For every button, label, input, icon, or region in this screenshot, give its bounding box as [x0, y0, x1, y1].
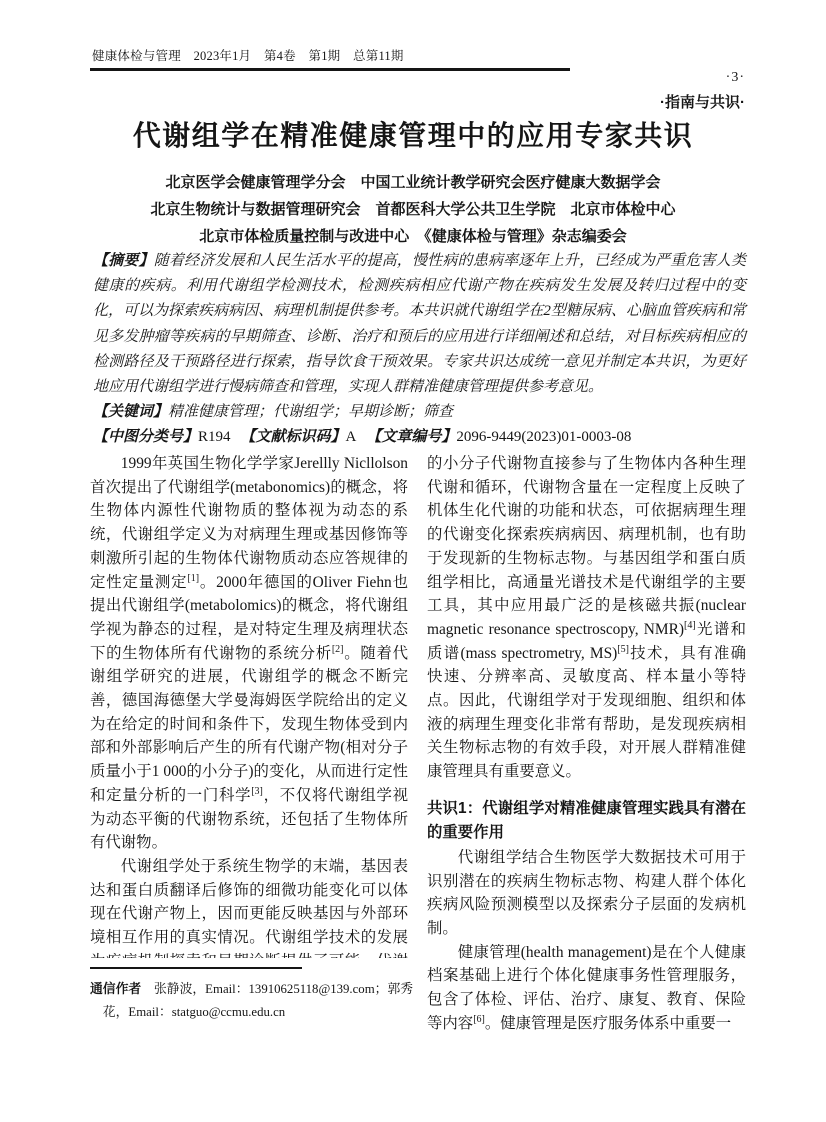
- front-matter: 【摘要】随着经济发展和人民生活水平的提高，慢性病的患病率逐年上升，已经成为严重危…: [93, 249, 746, 451]
- clc-value: R194: [198, 429, 231, 445]
- clc-number: 【中图分类号】R194: [93, 429, 231, 445]
- meta-line: 【中图分类号】R194【文献标识码】A【文章编号】2096-9449(2023)…: [93, 425, 746, 450]
- body-paragraph: 代谢组学结合生物医学大数据技术可用于识别潜在的疾病生物标志物、构建人群个体化疾病…: [427, 846, 746, 941]
- affiliation-line: 北京生物统计与数据管理研究会 首都医科大学公共卫生学院 北京市体检中心: [0, 197, 826, 224]
- section-tag: ·指南与共识·: [660, 91, 745, 112]
- document-code-label: 【文献标识码】: [241, 429, 346, 445]
- document-code: 【文献标识码】A: [241, 429, 357, 445]
- article-id-label: 【文章编号】: [366, 429, 456, 445]
- keywords-label: 【关键词】: [93, 404, 168, 420]
- body-paragraph: 代谢组学处于系统生物学的末端，基因表达和蛋白质翻译后修饰的细微功能变化可以体现在…: [90, 855, 408, 958]
- body-paragraph: 健康管理(health management)是在个人健康档案基础上进行个体化健…: [427, 941, 746, 1034]
- reference-marker: [4]: [684, 620, 696, 631]
- article-title: 代谢组学在精准健康管理中的应用专家共识: [0, 114, 826, 154]
- article-id: 【文章编号】2096-9449(2023)01-0003-08: [366, 429, 631, 445]
- footnote: 通信作者 张静波，Email：13910625118@139.com；郭秀花，E…: [90, 967, 424, 1023]
- left-column: 1999年英国生物化学学家Jerellly Nicllolson首次提出了代谢组…: [90, 452, 408, 958]
- journal-issue-line: 健康体检与管理 2023年1月 第4卷 第1期 总第11期: [92, 46, 404, 64]
- keywords: 【关键词】精准健康管理；代谢组学；早期诊断；筛查: [93, 400, 746, 425]
- reference-marker: [5]: [617, 644, 629, 655]
- affiliation-line: 北京市体检质量控制与改进中心 《健康体检与管理》杂志编委会: [0, 224, 826, 251]
- abstract: 【摘要】随着经济发展和人民生活水平的提高，慢性病的患病率逐年上升，已经成为严重危…: [93, 249, 746, 400]
- header-rule: [90, 68, 570, 71]
- body-paragraph: 1999年英国生物化学学家Jerellly Nicllolson首次提出了代谢组…: [90, 452, 408, 855]
- document-code-value: A: [346, 429, 357, 445]
- clc-label: 【中图分类号】: [93, 429, 198, 445]
- affiliations: 北京医学会健康管理学分会 中国工业统计教学研究会医疗健康大数据学会 北京生物统计…: [0, 170, 826, 251]
- consensus-heading: 共识1：代谢组学对精准健康管理实践具有潜在的重要作用: [427, 797, 746, 846]
- keywords-text: 精准健康管理；代谢组学；早期诊断；筛查: [168, 404, 453, 420]
- right-column: 的小分子代谢物直接参与了生物体内各种生理代谢和循环，代谢物含量在一定程度上反映了…: [427, 452, 746, 1034]
- journal-page: 健康体检与管理 2023年1月 第4卷 第1期 总第11期 ·3· ·指南与共识…: [0, 0, 826, 1122]
- page-number: ·3·: [726, 70, 745, 86]
- reference-marker: [2]: [332, 644, 344, 655]
- abstract-text: 随着经济发展和人民生活水平的提高，慢性病的患病率逐年上升，已经成为严重危害人类健…: [93, 253, 746, 395]
- footnote-rule: [90, 967, 302, 969]
- abstract-label: 【摘要】: [93, 253, 154, 269]
- reference-marker: [3]: [251, 786, 263, 797]
- article-id-value: 2096-9449(2023)01-0003-08: [456, 429, 631, 445]
- affiliation-line: 北京医学会健康管理学分会 中国工业统计教学研究会医疗健康大数据学会: [0, 170, 826, 197]
- corresponding-author-text: 张静波，Email：13910625118@139.com；郭秀花，Email：…: [103, 982, 413, 1019]
- corresponding-author: 通信作者 张静波，Email：13910625118@139.com；郭秀花，E…: [90, 978, 424, 1023]
- reference-marker: [6]: [473, 1014, 485, 1025]
- corresponding-author-label: 通信作者: [90, 981, 141, 996]
- body-paragraph: 的小分子代谢物直接参与了生物体内各种生理代谢和循环，代谢物含量在一定程度上反映了…: [427, 452, 746, 784]
- reference-marker: [1]: [187, 572, 199, 583]
